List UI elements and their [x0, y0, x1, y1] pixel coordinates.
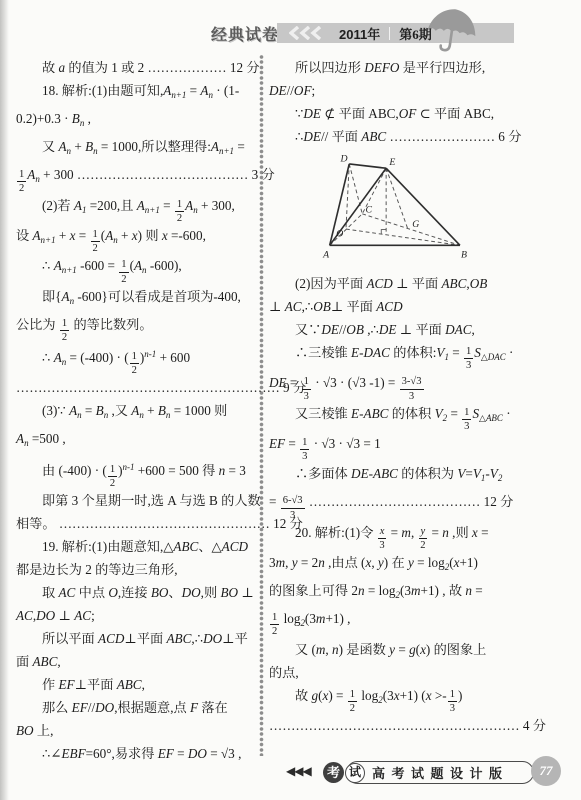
- figure-solid-edge: [349, 164, 386, 168]
- text-line: ∴ An+1 -600 = 12(An -600),: [16, 254, 262, 284]
- text-line: = 6-√33 ………………………………… 12 分: [269, 490, 572, 520]
- text-line: (3)∵ An = Bn ,又 An + Bn = 1000 则: [16, 399, 262, 427]
- header-year: 2011年: [339, 24, 380, 43]
- text-line: …………………………………………………… 9 分: [16, 376, 262, 399]
- text-line: 19. 解析:(1)由题意知,△ABC、△ACD: [16, 535, 262, 558]
- text-line: 又 (m, n) 是函数 y = g(x) 的图象上: [269, 638, 572, 661]
- figure-dashed-edge: [330, 214, 363, 245]
- right-column: 所以四边形 DEFO 是平行四边形,DE//OF;∵DE ⊄ 平面 ABC,OF…: [269, 56, 572, 737]
- text-line: ∴∠EBF=60°,易求得 EF = DO = √3 ,: [16, 742, 262, 765]
- text-line: ⊥ AC,∴OB⊥ 平面 ACD: [269, 295, 572, 318]
- text-line: 20. 解析:(1)令 x3 = m, y2 = n ,则 x =: [269, 521, 572, 551]
- text-line: ∴多面体 DE-ABC 的体积为 V=V1-V2: [269, 462, 572, 490]
- text-line: (2)因为平面 ACD ⊥ 平面 ABC,OB: [269, 272, 572, 295]
- tetrahedron-figure-svg: ABCDEOG: [321, 153, 473, 266]
- text-line: 0.2)+0.3 · Bn ,: [16, 107, 262, 135]
- text-line: 所以四边形 DEFO 是平行四边形,: [269, 56, 572, 79]
- text-line: 12An + 300 ………………………………… 3 分: [16, 163, 262, 193]
- text-line: An =500 ,: [16, 427, 262, 455]
- geometry-figure: ABCDEOG: [321, 153, 572, 266]
- text-line: 都是边长为 2 的等边三角形,: [16, 558, 262, 581]
- chevrons-left-icon: [289, 26, 323, 40]
- figure-dashed-edge: [346, 229, 460, 245]
- text-line: 相等。 ………………………………………… 12 分: [16, 512, 262, 535]
- text-line: EF = 13 · √3 · √3 = 1: [269, 432, 572, 462]
- figure-label-B: B: [461, 249, 467, 260]
- text-line: (2)若 A1 =200,且 An+1 = 12An + 300,: [16, 194, 262, 224]
- text-line: 又 An + Bn = 1000,所以整理得:An+1 =: [16, 135, 262, 163]
- footer-arrows-icon: ◀◀◀: [286, 764, 311, 778]
- text-line: 即第 3 个星期一时,选 A 与选 B 的人数: [16, 489, 262, 512]
- text-line: AC,DO ⊥ AC;: [16, 604, 262, 627]
- text-line: 由 (-400) · (12)n-1 +600 = 500 得 n = 3: [16, 456, 262, 489]
- page-number-badge: 77: [531, 756, 561, 786]
- left-column-text: 故 a 的值为 1 或 2 ……………… 12 分18. 解析:(1)由题可知,…: [16, 56, 262, 765]
- text-line: ∴三棱锥 E-DAC 的体积:V1 = 13S△DAC ·: [269, 341, 572, 371]
- footer-title-box: 试 高考试题设计版: [346, 761, 534, 784]
- text-line: ∵DE ⊄ 平面 ABC,OF ⊂ 平面 ABC,: [269, 102, 572, 125]
- text-line: 3m, y = 2n ,由点 (x, y) 在 y = log2(x+1): [269, 551, 572, 579]
- right-column-text-top: 所以四边形 DEFO 是平行四边形,DE//OF;∵DE ⊄ 平面 ABC,OF…: [269, 56, 572, 148]
- left-column: 故 a 的值为 1 或 2 ……………… 12 分18. 解析:(1)由题可知,…: [16, 56, 262, 765]
- figure-label-D: D: [340, 154, 348, 165]
- figure-label-E: E: [388, 157, 395, 168]
- figure-label-G: G: [412, 219, 419, 230]
- text-line: 18. 解析:(1)由题可知,An+1 = An · (1-: [16, 79, 262, 107]
- text-line: DE = 13 · √3 · (√3 -1) = 3-√33: [269, 371, 572, 401]
- text-line: ∴ An = (-400) · (12)n-1 + 600: [16, 343, 262, 376]
- text-line: 又三棱锥 E-ABC 的体积 V2 = 13S△ABC ·: [269, 402, 572, 432]
- text-line: 作 EF⊥平面 ABC,: [16, 673, 262, 696]
- text-line: ∴DE// 平面 ABC …………………… 6 分: [269, 125, 572, 148]
- umbrella-icon: [424, 5, 480, 55]
- text-line: 的点,: [269, 661, 572, 684]
- text-line: DE//OF;: [269, 79, 572, 102]
- scanned-exam-page: 经典试卷 2011年 第6期 故 a 的值为 1 或 2 ……………… 12 分…: [0, 0, 581, 800]
- figure-label-C: C: [366, 205, 373, 216]
- text-line: 故 g(x) = 12 log2(3x+1) (x >-13): [269, 684, 572, 714]
- text-line: 那么 EF//DO,根据题意,点 F 落在: [16, 696, 262, 719]
- text-line: 又∵DE//OB ,∴DE ⊥ 平面 DAC,: [269, 318, 572, 341]
- figure-solid-edge: [386, 168, 460, 245]
- text-line: 所以平面 ACD⊥平面 ABC,∴DO⊥平: [16, 627, 262, 650]
- text-line: 的图象上可得 2n = log2(3m+1) , 故 n =: [269, 579, 572, 607]
- footer-title: 高考试题设计版: [365, 763, 509, 782]
- text-line: 取 AC 中点 O,连接 BO、DO,则 BO ⊥: [16, 581, 262, 604]
- footer-badge-shi: 试: [345, 763, 365, 783]
- text-line: BO 上,: [16, 719, 262, 742]
- right-column-text-bottom: (2)因为平面 ACD ⊥ 平面 ABC,OB⊥ AC,∴OB⊥ 平面 ACD又…: [269, 272, 572, 737]
- figure-label-A: A: [322, 249, 329, 260]
- text-line: ………………………………………………… 4 分: [269, 714, 572, 737]
- figure-dashed-edge: [386, 168, 408, 229]
- text-line: 设 An+1 + x = 12(An + x) 则 x =-600,: [16, 224, 262, 254]
- figure-dashed-edge: [349, 164, 362, 214]
- masthead-logo: 经典试卷: [211, 22, 279, 45]
- text-line: 面 ABC,: [16, 650, 262, 673]
- footer-badge-kao: 考: [323, 762, 344, 783]
- header-separator: [389, 27, 390, 40]
- figure-label-O: O: [336, 229, 343, 240]
- text-line: 12 log2(3m+1) ,: [269, 607, 572, 637]
- text-line: 公比为 12 的等比数列。: [16, 313, 262, 343]
- text-line: 即{An -600}可以看成是首项为-400,: [16, 285, 262, 313]
- text-line: 故 a 的值为 1 或 2 ……………… 12 分: [16, 56, 262, 79]
